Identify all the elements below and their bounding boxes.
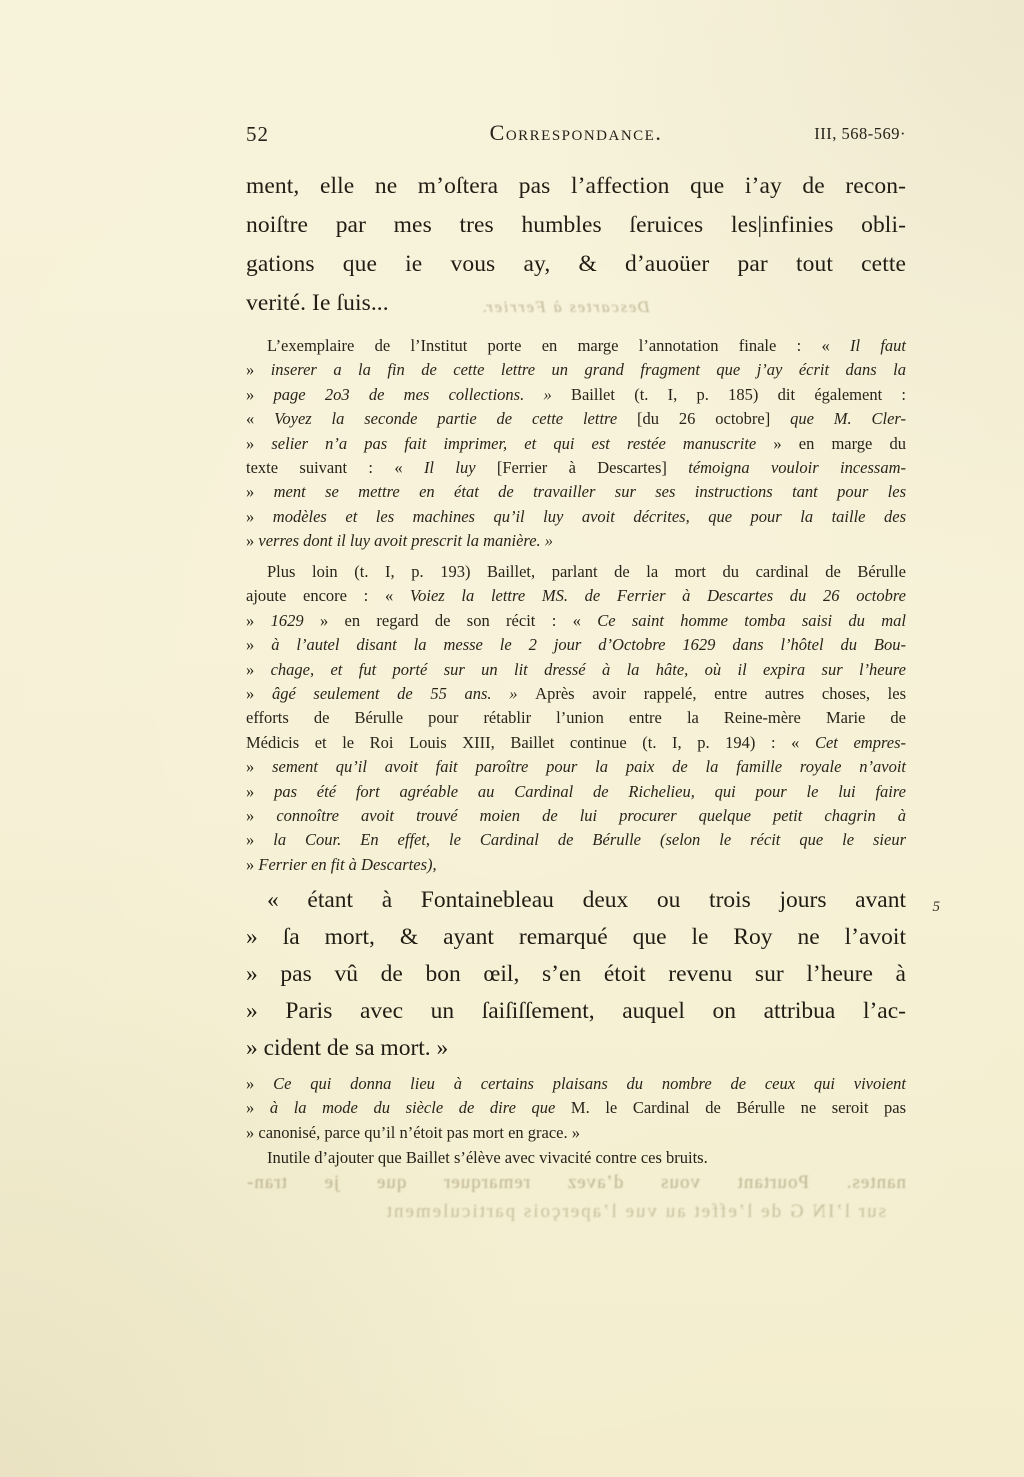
- italic-text-segment: verres dont il luy avoit prescrit la man…: [258, 531, 553, 550]
- quote-line: » pas vû de bon œil, s’en étoit revenu s…: [246, 956, 906, 993]
- roman-text-segment: « étant à Fontainebleau deux ou trois jo…: [267, 887, 906, 913]
- roman-text-segment: verité. Ie ſuis...: [246, 290, 389, 316]
- quote-line: » ſa mort, & ayant remarqué que le Roy n…: [246, 919, 906, 956]
- roman-text-segment: »: [246, 782, 274, 801]
- book-page: 52 Correspondance. III, 568-569· ment, e…: [0, 0, 1024, 1477]
- footnote-line: » la Cour. En effet, le Cardinal de Béru…: [246, 828, 906, 852]
- bleed-through-line: sur l’IN G de l’effet au vue l’aperçois …: [246, 1201, 886, 1223]
- italic-text-segment: 1629: [271, 611, 320, 630]
- roman-text-segment: »: [246, 684, 272, 703]
- footnote-line: Médicis et le Roi Louis XIII, Baillet co…: [246, 731, 906, 755]
- italic-text-segment: Ce saint homme tomba saisi du mal: [597, 611, 906, 630]
- italic-text-segment: Voiez la lettre MS. de Ferrier à Descart…: [410, 586, 906, 605]
- roman-text-segment: [du 26 octobre]: [637, 409, 790, 428]
- roman-text-segment: texte suivant : «: [246, 458, 424, 477]
- footnote-line: » ment se mettre en état de travailler s…: [246, 480, 906, 504]
- roman-text-segment: »: [246, 360, 271, 379]
- roman-text-segment: » en regard de son récit : «: [320, 611, 597, 630]
- roman-text-segment: » pas vû de bon œil, s’en étoit revenu s…: [246, 961, 906, 987]
- footnote-plaisans: » Ce qui donna lieu à certains plaisans …: [246, 1072, 906, 1145]
- marginal-reference: III, 568-569·: [814, 124, 906, 144]
- roman-text-segment: Après avoir rappelé, entre autres choses…: [535, 684, 906, 703]
- main-letter-paragraph: ment, elle ne m’oſtera pas l’affection q…: [246, 167, 906, 323]
- roman-text-segment: noiſtre par mes tres humbles ſeruices le…: [246, 212, 906, 238]
- italic-text-segment: témoigna vouloir incessam-: [688, 458, 906, 477]
- footnote-line: L’exemplaire de l’Institut porte en marg…: [246, 334, 906, 358]
- roman-text-segment: Inutile d’ajouter que Baillet s’élève av…: [267, 1148, 708, 1167]
- quote-line: « étant à Fontainebleau deux ou trois jo…: [246, 882, 906, 919]
- roman-text-segment: M. le Cardinal de Bérulle ne seroit pas: [571, 1098, 906, 1117]
- roman-text-segment: »: [246, 1098, 270, 1117]
- roman-text-segment: Médicis et le Roi Louis XIII, Baillet co…: [246, 733, 815, 752]
- roman-text-segment: »: [246, 635, 271, 654]
- footnote-line: » sement qu’il avoit fait paroître pour …: [246, 755, 906, 779]
- italic-text-segment: chage, et fut porté sur un lit dressé à …: [271, 660, 906, 679]
- footnote-line: » chage, et fut porté sur un lit dressé …: [246, 658, 906, 682]
- footnote-line: » pas été fort agréable au Cardinal de R…: [246, 780, 906, 804]
- roman-text-segment: Plus loin (t. I, p. 193) Baillet, parlan…: [267, 562, 906, 581]
- footnote-baillet-recit: Plus loin (t. I, p. 193) Baillet, parlan…: [246, 560, 906, 877]
- footnote-line: » connoître avoit trouvé moien de lui pr…: [246, 804, 906, 828]
- footnote-line: » à l’autel disant la messe le 2 jour d’…: [246, 633, 906, 657]
- roman-text-segment: »: [246, 757, 272, 776]
- italic-text-segment: à l’autel disant la messe le 2 jour d’Oc…: [271, 635, 906, 654]
- roman-text-segment: »: [246, 482, 274, 501]
- roman-text-segment: [Ferrier à Descartes]: [497, 458, 688, 477]
- footnote-line: efforts de Bérulle pour rétablir l’union…: [246, 706, 906, 730]
- roman-text-segment: »: [246, 660, 271, 679]
- roman-text-segment: »: [246, 830, 273, 849]
- italic-text-segment: la Cour. En effet, le Cardinal de Bérull…: [273, 830, 906, 849]
- main-text-line: gations que ie vous ay, & d’auoüer par t…: [246, 245, 906, 284]
- footnote-line: Inutile d’ajouter que Baillet s’élève av…: [246, 1146, 906, 1170]
- italic-text-segment: Ferrier en fit à Descartes),: [258, 855, 436, 874]
- roman-text-segment: »: [246, 507, 273, 526]
- italic-text-segment: âgé seulement de 55 ans. »: [272, 684, 535, 703]
- italic-text-segment: selier n’a pas fait imprimer, et qui est…: [271, 434, 773, 453]
- roman-text-segment: ment, elle ne m’oſtera pas l’affection q…: [246, 173, 906, 199]
- footnote-annotation: L’exemplaire de l’Institut porte en marg…: [246, 334, 906, 554]
- roman-text-segment: Baillet (t. I, p. 185) dit également :: [571, 385, 906, 404]
- italic-text-segment: modèles et les machines qu’il luy avoit …: [273, 507, 906, 526]
- quote-line: » cident de sa mort. »: [246, 1030, 906, 1067]
- running-head: 52 Correspondance. III, 568-569·: [246, 120, 906, 154]
- italic-text-segment: inserer a la fin de cette lettre un gran…: [271, 360, 906, 379]
- roman-text-segment: «: [246, 409, 274, 428]
- closing-editorial-note: Inutile d’ajouter que Baillet s’élève av…: [246, 1146, 906, 1170]
- footnote-line: » page 2o3 de mes collections. » Baillet…: [246, 383, 906, 407]
- bleed-through-line: nantes. Pourtant vous d’avez remarquer q…: [246, 1172, 906, 1194]
- roman-text-segment: ajoute encore : «: [246, 586, 410, 605]
- roman-text-segment: gations que ie vous ay, & d’auoüer par t…: [246, 251, 906, 277]
- roman-text-segment: »: [246, 531, 258, 550]
- footnote-line: » inserer a la fin de cette lettre un gr…: [246, 358, 906, 382]
- roman-text-segment: » en marge du: [773, 434, 906, 453]
- italic-text-segment: sement qu’il avoit fait paroître pour la…: [272, 757, 906, 776]
- footnote-line: » 1629 » en regard de son récit : « Ce s…: [246, 609, 906, 633]
- italic-text-segment: que M. Cler-: [790, 409, 906, 428]
- roman-text-segment: » cident de sa mort. »: [246, 1035, 448, 1061]
- roman-text-segment: »: [246, 855, 258, 874]
- roman-text-segment: L’exemplaire de l’Institut porte en marg…: [267, 336, 850, 355]
- footnote-line: texte suivant : « Il luy [Ferrier à Desc…: [246, 456, 906, 480]
- footnote-line: « Voyez la seconde partie de cette lettr…: [246, 407, 906, 431]
- margin-line-number: 5: [933, 889, 941, 926]
- roman-text-segment: »: [246, 806, 276, 825]
- footnote-line: » âgé seulement de 55 ans. » Après avoir…: [246, 682, 906, 706]
- italic-text-segment: Ce qui donna lieu à certains plaisans du…: [273, 1074, 906, 1093]
- footnote-line: » Ferrier en fit à Descartes),: [246, 853, 906, 877]
- quotation-block: 5 « étant à Fontainebleau deux ou trois …: [246, 882, 906, 1067]
- italic-text-segment: Il faut: [850, 336, 906, 355]
- footnote-line: » modèles et les machines qu’il luy avoi…: [246, 505, 906, 529]
- footnote-line: » selier n’a pas fait imprimer, et qui e…: [246, 432, 906, 456]
- main-text-line: ment, elle ne m’oſtera pas l’affection q…: [246, 167, 906, 206]
- roman-text-segment: »: [246, 434, 271, 453]
- roman-text-segment: efforts de Bérulle pour rétablir l’union…: [246, 708, 906, 727]
- italic-text-segment: Il luy: [424, 458, 497, 477]
- italic-text-segment: page 2o3 de mes collections. »: [274, 385, 571, 404]
- roman-text-segment: » ſa mort, & ayant remarqué que le Roy n…: [246, 924, 906, 950]
- footnote-line: ajoute encore : « Voiez la lettre MS. de…: [246, 584, 906, 608]
- footnote-line: » canonisé, parce qu’il n’étoit pas mort…: [246, 1121, 906, 1145]
- roman-text-segment: »: [246, 1074, 273, 1093]
- footnote-line: » Ce qui donna lieu à certains plaisans …: [246, 1072, 906, 1096]
- italic-text-segment: ment se mettre en état de travailler sur…: [274, 482, 906, 501]
- running-title: Correspondance.: [246, 120, 906, 146]
- main-text-line: noiſtre par mes tres humbles ſeruices le…: [246, 206, 906, 245]
- roman-text-segment: »: [246, 611, 271, 630]
- roman-text-segment: »: [246, 385, 274, 404]
- roman-text-segment: » canonisé, parce qu’il n’étoit pas mort…: [246, 1123, 580, 1142]
- roman-text-segment: » Paris avec un ſaiſiſſement, auquel on …: [246, 998, 906, 1024]
- main-text-line: verité. Ie ſuis...: [246, 284, 906, 323]
- footnote-line: » verres dont il luy avoit prescrit la m…: [246, 529, 906, 553]
- quote-line: » Paris avec un ſaiſiſſement, auquel on …: [246, 993, 906, 1030]
- footnote-line: Plus loin (t. I, p. 193) Baillet, parlan…: [246, 560, 906, 584]
- italic-text-segment: pas été fort agréable au Cardinal de Ric…: [274, 782, 906, 801]
- italic-text-segment: connoître avoit trouvé moien de lui proc…: [276, 806, 906, 825]
- italic-text-segment: Cet empres-: [815, 733, 906, 752]
- footnote-line: » à la mode du siècle de dire que M. le …: [246, 1096, 906, 1120]
- italic-text-segment: à la mode du siècle de dire que: [270, 1098, 571, 1117]
- italic-text-segment: Voyez la seconde partie de cette lettre: [274, 409, 637, 428]
